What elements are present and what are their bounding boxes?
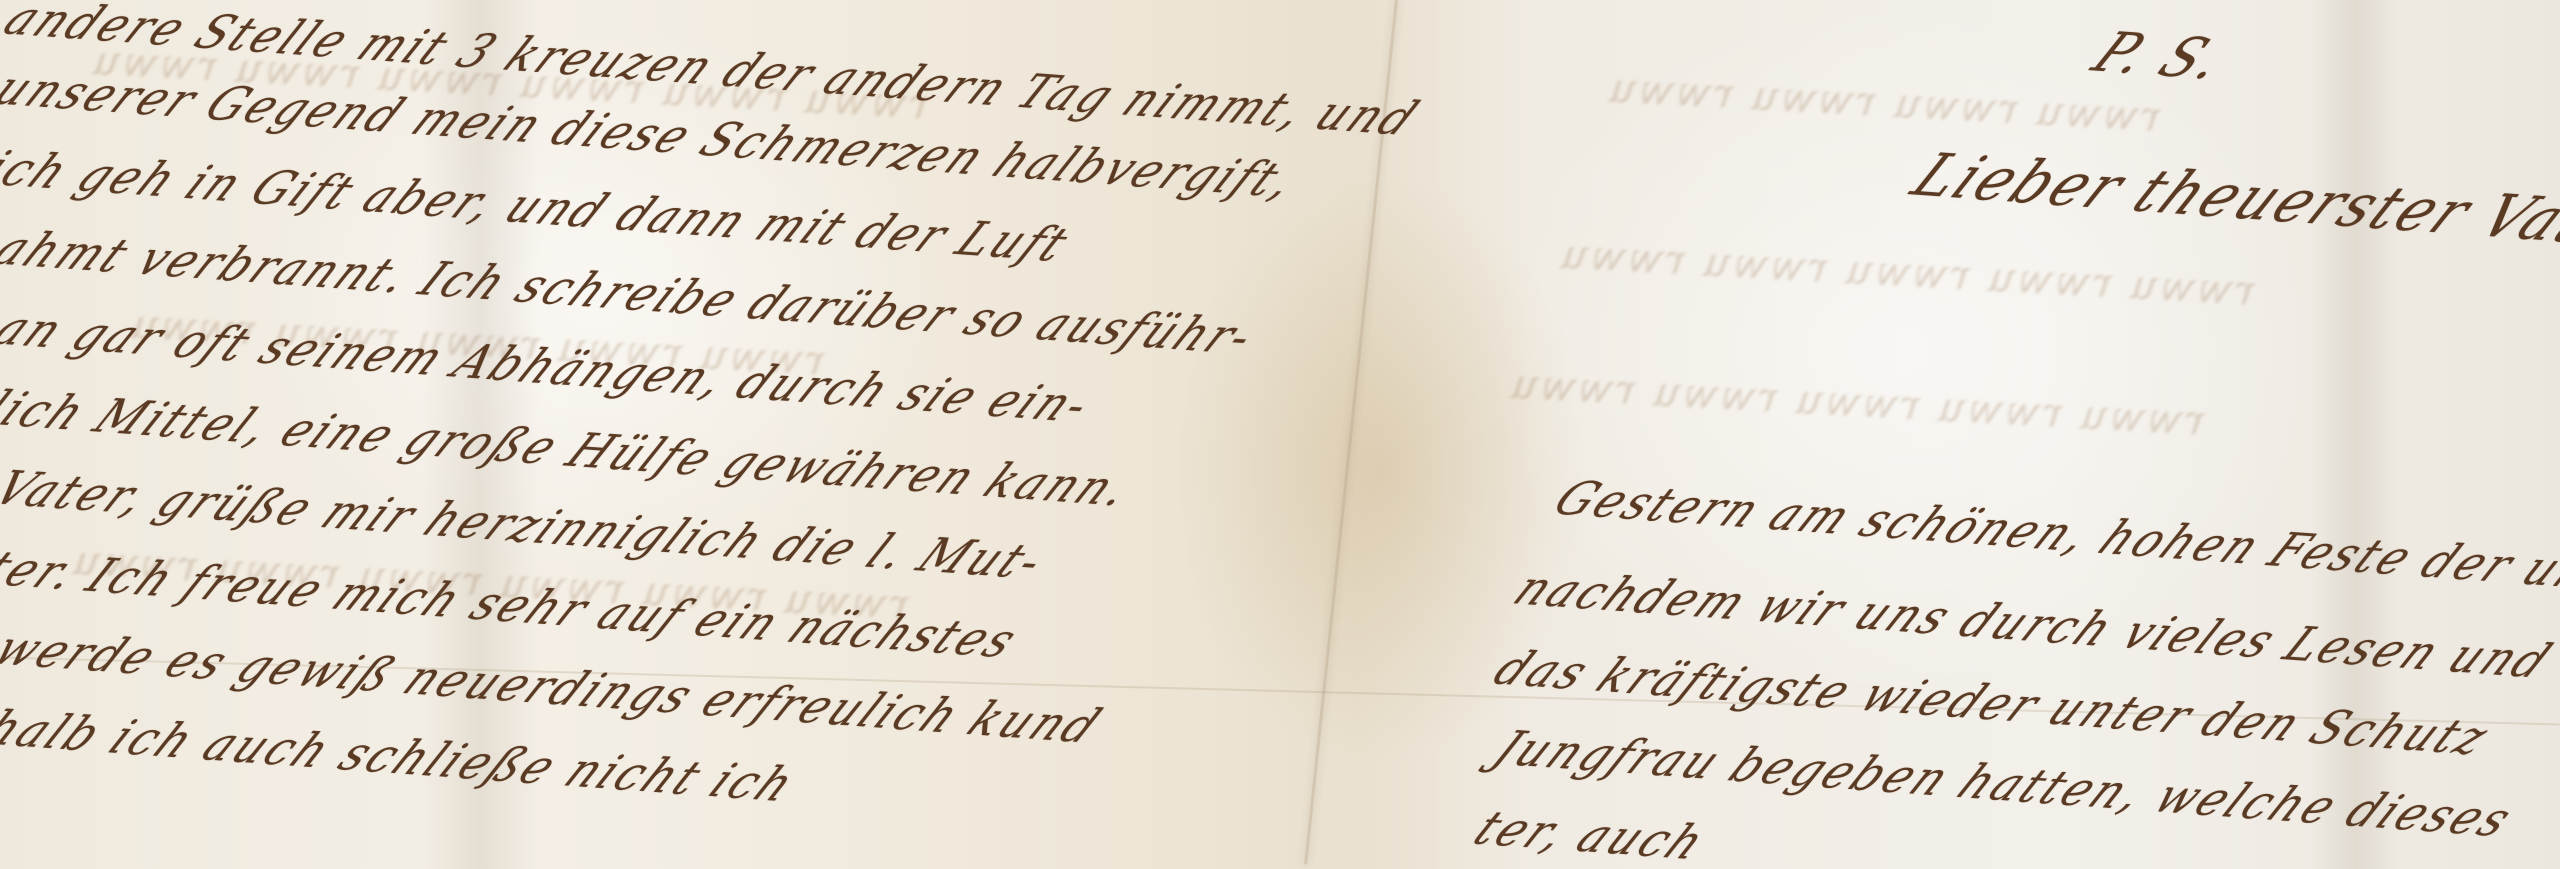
letter-salutation: Lieber theuerster Vater — [1900, 140, 2560, 261]
letter-header: P. S. — [2081, 20, 2241, 92]
right-letter-page: rwwu rwwu rwwu rwwu rwwu rwwu rwwu rwwu … — [1400, 0, 2560, 869]
bleed-through-text: rwwu rwwu rwwu rwwu rwwu — [1497, 361, 2216, 444]
left-letter-page: rwwu rwwu rwwu rwwu rwwu rwwu rwwu rwwu … — [0, 0, 1420, 869]
handwriting-line: ter, auch — [1464, 800, 1719, 869]
bleed-through-text: rwwu rwwu rwwu rwwu rwwu — [1547, 231, 2266, 314]
